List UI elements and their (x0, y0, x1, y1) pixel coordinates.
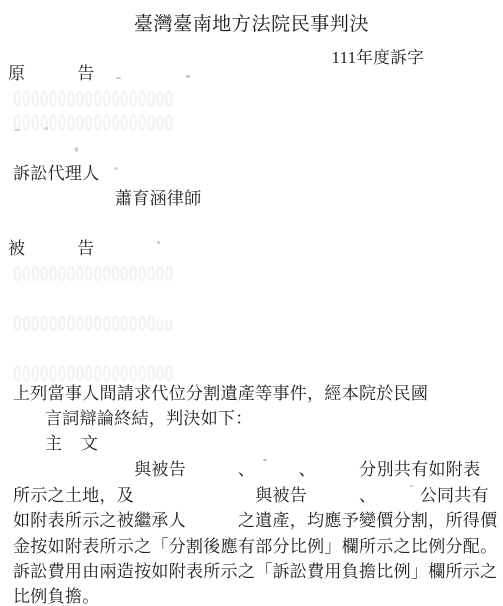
main-text-line-6: 比例負擔。 (13, 587, 100, 606)
plaintiff-label: 原 告 (8, 64, 95, 84)
scan-artifact (75, 147, 78, 152)
main-text-line-4: 金按如附表所示之「分割後應有部分比例」欄所示之比例分配。 (13, 537, 497, 557)
main-text-heading: 主 文 (45, 434, 99, 454)
main-text-line-3: 如附表所示之被繼承人 之遺產，均應予變價分割，所得價 (13, 511, 497, 531)
scan-artifact (186, 75, 190, 78)
agent-name: 蕭育涵律師 (115, 189, 202, 209)
main-text-line-5: 訴訟費用由兩造按如附表所示之「訴訟費用負擔比例」欄所示之 (13, 562, 497, 582)
redacted-plaintiff-line-2: 000000000000000000 (13, 113, 173, 133)
scan-artifact (410, 485, 413, 487)
case-number: 111年度訴字 (332, 44, 424, 68)
redacted-plaintiff-line-1: 000000000000000000 (13, 89, 173, 109)
redacted-defendant-line-2: 0000000000000000uu (13, 314, 174, 334)
scan-artifact (114, 167, 118, 170)
preamble-line-2: 言詞辯論終結，判決如下： (45, 409, 253, 429)
agent-label: 訴訟代理人 (13, 164, 100, 184)
redacted-defendant-line-3: 000000000000000000 (13, 364, 173, 384)
scan-artifact (263, 459, 267, 461)
scan-artifact (14, 129, 21, 131)
scan-artifact (116, 77, 121, 79)
main-text-line-1: 與被告 、 、 分別共有如附表 (13, 460, 480, 480)
redacted-defendant-line-1: 000000000000000000 (13, 264, 173, 284)
scan-artifact (157, 241, 160, 244)
defendant-label: 被 告 (8, 239, 95, 259)
scan-artifact (45, 127, 48, 130)
preamble-line-1: 上列當事人間請求代位分割遺產等事件，經本院於民國 (13, 384, 428, 404)
main-text-line-2: 所示之土地，及 與被告 、 公同共有 (13, 486, 489, 506)
document-title: 臺灣臺南地方法院民事判決 (0, 9, 503, 36)
judgment-document-page: 臺灣臺南地方法院民事判決 111年度訴字 原 告 000000000000000… (0, 0, 503, 606)
